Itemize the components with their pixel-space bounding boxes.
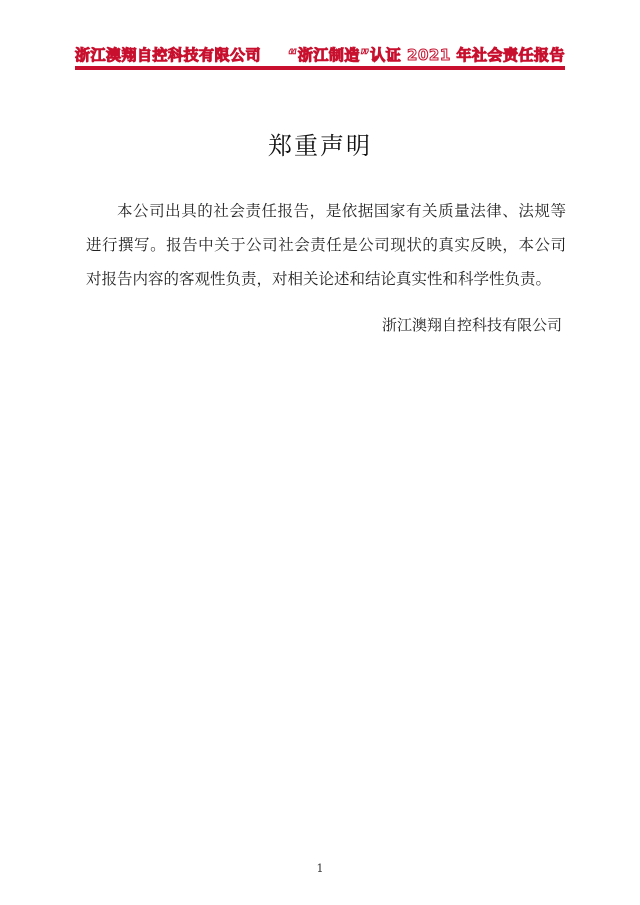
declaration-paragraph: 本公司出具的社会责任报告，是依据国家有关质量法律、法规等进行撰写。报告中关于公司… (86, 194, 566, 296)
company-signature: 浙江澳翔自控科技有限公司 (382, 314, 562, 335)
header-divider (75, 66, 565, 70)
header-report-title: “浙江制造”认证 2021 年社会责任报告 (288, 44, 565, 65)
page-header: 浙江澳翔自控科技有限公司 “浙江制造”认证 2021 年社会责任报告 (75, 44, 565, 64)
page-number: 1 (0, 862, 640, 875)
page-title: 郑重声明 (0, 126, 640, 161)
header-company-name: 浙江澳翔自控科技有限公司 (75, 44, 261, 65)
